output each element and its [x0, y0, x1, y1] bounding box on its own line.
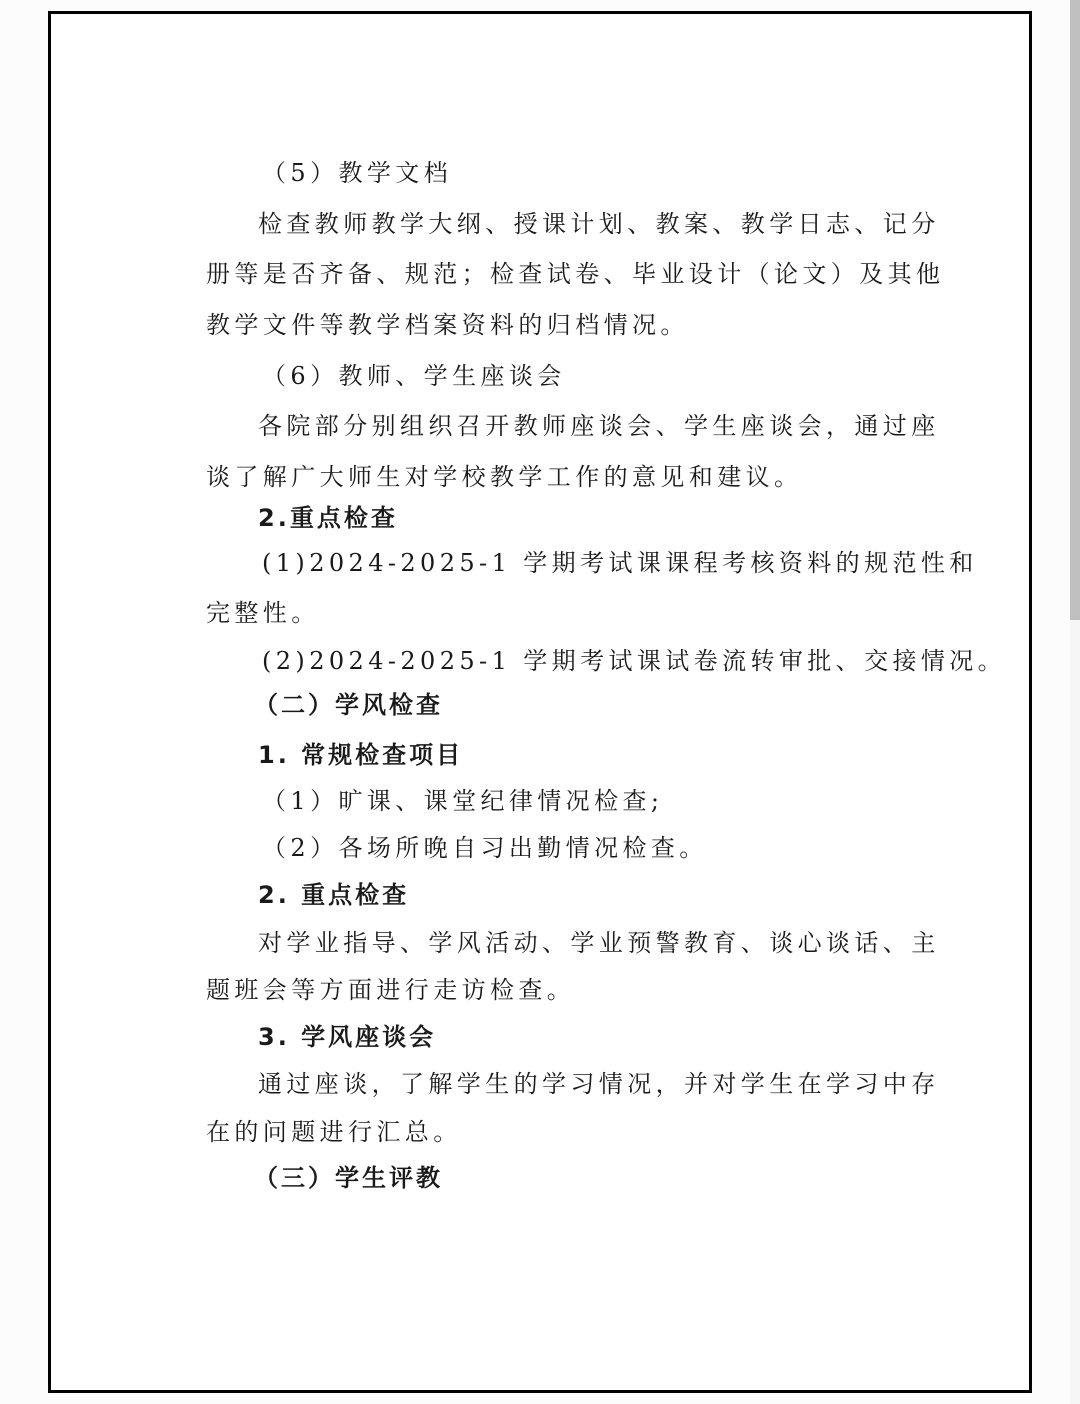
section-heading-student-evaluation: （三）学生评教 — [254, 1163, 443, 1193]
paragraph-line: 通过座谈，了解学生的学习情况，并对学生在学习中存 — [258, 1069, 940, 1099]
heading-key-inspection-2: 2. 重点检查 — [258, 880, 409, 910]
scrollbar-thumb[interactable] — [1070, 0, 1080, 620]
paragraph-line: 完整性。 — [206, 598, 320, 628]
paragraph-line: 谈了解广大师生对学校教学工作的意见和建议。 — [206, 462, 802, 492]
list-item: （2）各场所晚自习出勤情况检查。 — [262, 833, 708, 863]
paragraph-line: 检查教师教学大纲、授课计划、教案、教学日志、记分 — [258, 209, 940, 239]
paragraph-line: (2)2024-2025-1 学期考试课试卷流转审批、交接情况。 — [262, 646, 1006, 676]
heading-study-forum: 3. 学风座谈会 — [258, 1022, 436, 1052]
subheading-forum: （6）教师、学生座谈会 — [262, 361, 566, 391]
scrollbar[interactable] — [1070, 0, 1080, 1404]
heading-key-inspection: 2.重点检查 — [258, 503, 398, 533]
paragraph-line: 教学文件等教学档案资料的归档情况。 — [206, 310, 689, 340]
paragraph-line: 各院部分别组织召开教师座谈会、学生座谈会，通过座 — [258, 411, 940, 441]
subheading-teaching-documents: （5）教学文档 — [262, 158, 452, 188]
list-item: （1）旷课、课堂纪律情况检查; — [262, 786, 663, 816]
paragraph-line: 册等是否齐备、规范；检查试卷、毕业设计（论文）及其他 — [206, 259, 944, 289]
paragraph-line: 题班会等方面进行走访检查。 — [206, 975, 575, 1005]
heading-routine-items: 1. 常规检查项目 — [258, 740, 463, 770]
paragraph-line: 在的问题进行汇总。 — [206, 1117, 462, 1147]
paragraph-line: (1)2024-2025-1 学期考试课课程考核资料的规范性和 — [262, 548, 978, 578]
section-heading-study-style: （二）学风检查 — [254, 690, 443, 720]
paragraph-line: 对学业指导、学风活动、学业预警教育、谈心谈话、主 — [258, 928, 940, 958]
